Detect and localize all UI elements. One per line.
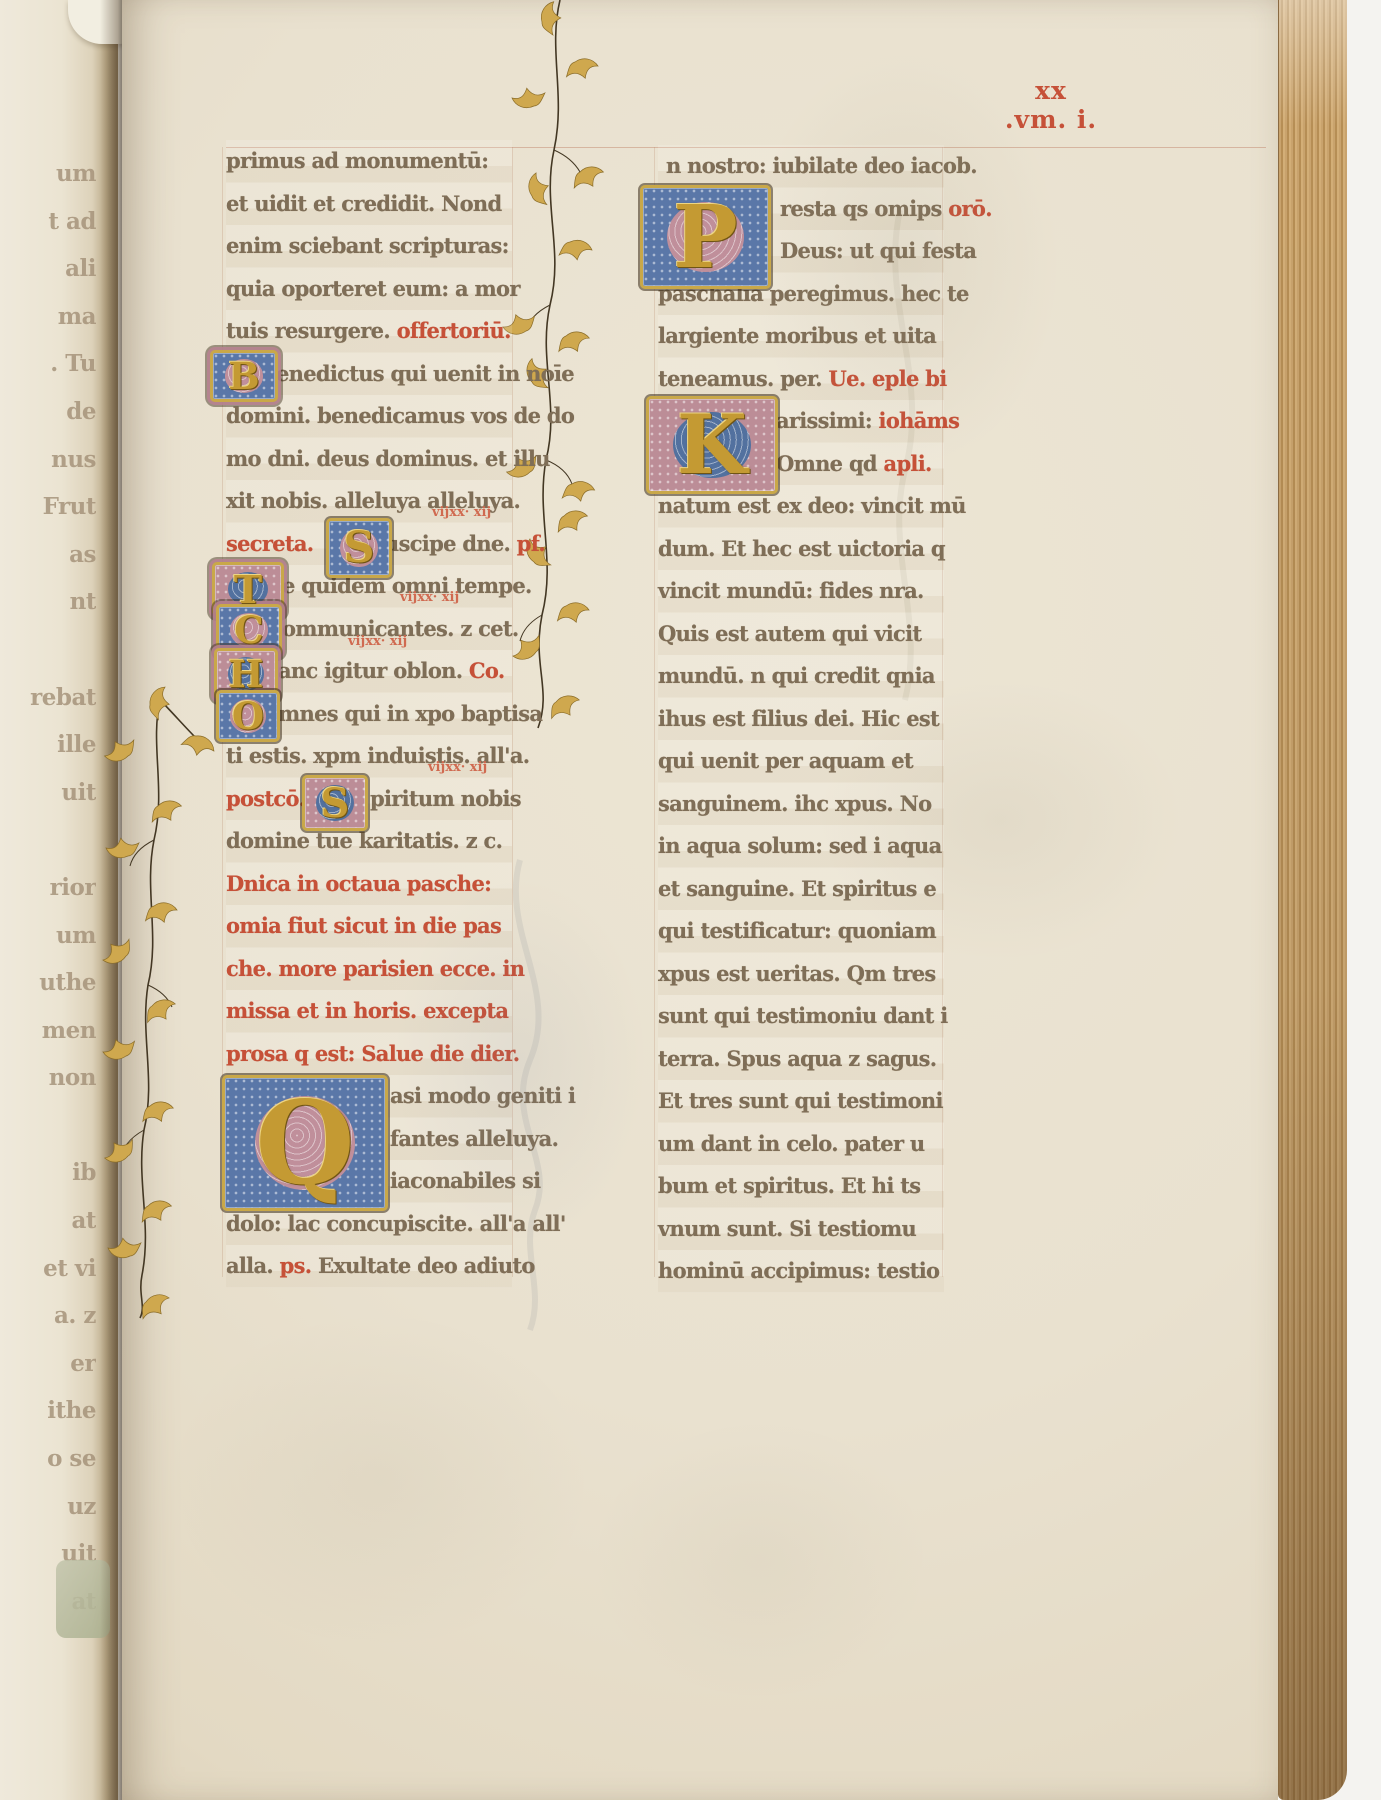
- text-line: et uidit et credidit. Nond: [226, 183, 512, 226]
- text-segment: domini. benedicamus vos de do: [226, 403, 574, 428]
- initial-letter: T: [234, 567, 262, 612]
- illuminated-initial-K: K: [646, 396, 778, 494]
- text-segment: largiente moribus et uita: [658, 323, 936, 348]
- facing-page-text-fragment: [0, 626, 96, 674]
- text-line: qui testificatur: quoniam: [658, 910, 944, 953]
- text-line: primus ad monumentū:: [226, 140, 512, 183]
- text-segment: enim sciebant scripturas:: [226, 233, 509, 258]
- facing-page-text-fragment: nt: [0, 578, 96, 626]
- text-segment: missa et in horis. excepta: [226, 998, 508, 1023]
- text-segment: tuis resurgere.: [226, 318, 397, 343]
- initial-letter: B: [228, 354, 259, 398]
- facing-page-text-fragment: Frut: [0, 483, 96, 531]
- facing-page-text-fragment: non: [0, 1054, 96, 1102]
- superscript-leaf-reference: vijxx· xij: [428, 760, 487, 775]
- text-segment: enedictus qui uenit in noīe: [276, 361, 574, 386]
- text-line: missa et in horis. excepta: [226, 990, 512, 1033]
- text-segment: alla.: [226, 1253, 280, 1278]
- text-segment: omia fiut sicut in die pas: [226, 913, 501, 938]
- text-segment: secreta.: [226, 531, 320, 556]
- facing-page-text-fragment: de: [0, 388, 96, 436]
- text-segment: quia oporteret eum: a mor: [226, 276, 520, 301]
- text-segment: arissimi:: [776, 408, 879, 433]
- illuminated-initial-S: S: [326, 518, 392, 578]
- illuminated-initial-P: P: [640, 185, 771, 289]
- facing-page-text-fragment: at: [0, 1197, 96, 1245]
- text-line: enim sciebant scripturas:: [226, 225, 512, 268]
- text-segment: uscipe dne.: [384, 531, 517, 556]
- text-segment: Exultate deo adiuto: [318, 1253, 535, 1278]
- text-line: sunt qui testimoniu dant i: [658, 995, 944, 1038]
- text-segment: teneamus. per.: [658, 366, 829, 391]
- facing-page-text-fragment: rior: [0, 864, 96, 912]
- facing-page-text-fragment: ithe: [0, 1387, 96, 1435]
- text-segment: et sanguine. Et spiritus e: [658, 876, 936, 901]
- text-line: Dnica in octaua pasche:: [226, 863, 512, 906]
- text-line: bum et spiritus. Et hi ts: [658, 1165, 944, 1208]
- manuscript-photo: umt adalima. TudenusFrutasntrebatilleuit…: [0, 0, 1381, 1800]
- text-segment: mo dni. deus dominus. et illu: [226, 446, 550, 471]
- text-segment: domine tue karitatis. z c.: [226, 828, 502, 853]
- text-segment: primus ad monumentū:: [226, 148, 488, 173]
- facing-page-text-fragment: a. z: [0, 1292, 96, 1340]
- superscript-leaf-reference: vijxx· xij: [432, 505, 491, 520]
- text-segment: pf.: [517, 531, 545, 556]
- text-line: postcō. piritum nobis: [226, 778, 512, 821]
- facing-page-text-fragment: t ad: [0, 198, 96, 246]
- text-segment: anc igitur oblon.: [278, 658, 469, 683]
- text-segment: offertoriū.: [397, 318, 511, 343]
- facing-page-text-fragment: as: [0, 531, 96, 579]
- text-line: teneamus. per. Ue. eple bi: [658, 358, 944, 401]
- facing-page-text-fragment: [0, 816, 96, 864]
- initial-letter: C: [234, 608, 263, 652]
- text-segment: ihus est filius dei. Hic est: [658, 706, 939, 731]
- text-segment: iohāms: [879, 408, 960, 433]
- text-line: ihus est filius dei. Hic est: [658, 698, 944, 741]
- text-segment: vincit mundū: fides nra.: [658, 578, 924, 603]
- facing-page-text-fragment: ali: [0, 245, 96, 293]
- text-segment: sanguinem. ihc xpus. No: [658, 791, 931, 816]
- text-segment: che. more parisien ecce. in: [226, 956, 524, 981]
- text-segment: dolo: lac concupiscite. all'a all': [226, 1211, 566, 1236]
- initial-letter: K: [677, 398, 747, 493]
- facing-page-text-fragment: o se: [0, 1435, 96, 1483]
- text-segment: n nostro: iubilate deo iacob.: [666, 153, 977, 178]
- illuminated-initial-B: B: [210, 350, 278, 402]
- initial-letter: O: [232, 694, 264, 738]
- illuminated-initial-S: S: [302, 775, 368, 831]
- text-segment: um dant in celo. pater u: [658, 1131, 925, 1156]
- text-segment: qui uenit per aquam et: [658, 748, 913, 773]
- text-segment: prosa q est: Salue die dier.: [226, 1041, 519, 1066]
- text-line: alla. ps. Exultate deo adiuto: [226, 1245, 512, 1288]
- facing-page-text-fragment: rebat: [0, 674, 96, 722]
- facing-page-text-fragment: uit: [0, 769, 96, 817]
- text-line: domine tue karitatis. z c.: [226, 820, 512, 863]
- facing-page-text-fragment: ma: [0, 293, 96, 341]
- text-segment: ps.: [280, 1253, 318, 1278]
- text-column-right: n nostro: iubilate deo iacob.resta qs om…: [658, 145, 944, 1293]
- text-segment: orō.: [948, 196, 992, 221]
- folio-number-bottom: .vm. i.: [992, 105, 1110, 134]
- text-line: xpus est ueritas. Qm tres: [658, 953, 944, 996]
- ruling-line-col2-left: [654, 147, 655, 1277]
- text-segment: resta qs omips: [780, 196, 948, 221]
- initial-letter: P: [673, 187, 738, 288]
- text-line: largiente moribus et uita: [658, 315, 944, 358]
- facing-page-text-fragment: um: [0, 912, 96, 960]
- text-segment: et uidit et credidit. Nond: [226, 191, 501, 216]
- text-line: terra. Spus aqua z sagus.: [658, 1038, 944, 1081]
- facing-page-text-fragment: um: [0, 150, 96, 198]
- facing-page-text-fragment: er: [0, 1340, 96, 1388]
- initial-letter: H: [229, 652, 264, 696]
- text-line: Quis est autem qui vicit: [658, 613, 944, 656]
- text-segment: bum et spiritus. Et hi ts: [658, 1173, 920, 1198]
- text-segment: sunt qui testimoniu dant i: [658, 1003, 948, 1028]
- text-segment: apli.: [884, 451, 932, 476]
- text-segment: in aqua solum: sed i aqua: [658, 833, 942, 858]
- text-segment: natum est ex deo: vincit mū: [658, 493, 966, 518]
- facing-page-text-fragment: ib: [0, 1149, 96, 1197]
- superscript-leaf-reference: vijxx· xij: [348, 634, 407, 649]
- initial-letter: Q: [255, 1076, 354, 1210]
- text-segment: piritum nobis: [370, 786, 521, 811]
- text-line: omia fiut sicut in die pas: [226, 905, 512, 948]
- text-line: vnum sunt. Si testiomu: [658, 1208, 944, 1251]
- text-segment: Co.: [469, 658, 505, 683]
- facing-page-text-fragment: men: [0, 1007, 96, 1055]
- text-segment: vnum sunt. Si testiomu: [658, 1216, 916, 1241]
- text-segment: iaconabiles si: [390, 1168, 540, 1193]
- facing-page-text-fragments: umt adalima. TudenusFrutasntrebatilleuit…: [0, 150, 106, 1625]
- text-line: qui uenit per aquam et: [658, 740, 944, 783]
- text-line: tuis resurgere. offertoriū.: [226, 310, 512, 353]
- text-line: hominū accipimus: testio: [658, 1250, 944, 1293]
- folio-number: xx .vm. i.: [992, 76, 1110, 134]
- folio-number-top: xx: [992, 76, 1110, 105]
- text-segment: qui testificatur: quoniam: [658, 918, 936, 943]
- facing-page-text-fragment: uthe: [0, 959, 96, 1007]
- text-line: mundū. n qui credit qnia: [658, 655, 944, 698]
- text-segment: Et tres sunt qui testimoni: [658, 1088, 943, 1113]
- book-fore-edge: [1278, 0, 1347, 1800]
- text-line: et sanguine. Et spiritus e: [658, 868, 944, 911]
- facing-page-text-fragment: nus: [0, 436, 96, 484]
- text-segment: mnes qui in xpo baptisa: [278, 701, 542, 726]
- facing-page-text-fragment: et vi: [0, 1245, 96, 1293]
- facing-page-text-fragment: ille: [0, 721, 96, 769]
- facing-page-text-fragment: . Tu: [0, 340, 96, 388]
- superscript-leaf-reference: vijxx· xij: [400, 590, 459, 605]
- facing-page-text-fragment: [0, 1102, 96, 1150]
- text-segment: Ue. eple bi: [829, 366, 947, 391]
- text-line: sanguinem. ihc xpus. No: [658, 783, 944, 826]
- text-segment: xpus est ueritas. Qm tres: [658, 961, 936, 986]
- text-segment: Omne qd: [776, 451, 884, 476]
- text-segment: asi modo geniti i: [390, 1083, 575, 1108]
- facing-page-text-fragment: uz: [0, 1483, 96, 1531]
- text-line: che. more parisien ecce. in: [226, 948, 512, 991]
- text-line: mo dni. deus dominus. et illu: [226, 438, 512, 481]
- text-line: prosa q est: Salue die dier.: [226, 1033, 512, 1076]
- text-segment: dum. Et hec est uictoria q: [658, 536, 945, 561]
- text-line: quia oporteret eum: a mor: [226, 268, 512, 311]
- text-line: um dant in celo. pater u: [658, 1123, 944, 1166]
- initial-letter: S: [321, 780, 350, 827]
- text-segment: fantes alleluya.: [390, 1126, 558, 1151]
- text-segment: Quis est autem qui vicit: [658, 621, 921, 646]
- text-line: in aqua solum: sed i aqua: [658, 825, 944, 868]
- text-segment: hominū accipimus: testio: [658, 1258, 939, 1283]
- text-segment: Dnica in octaua pasche:: [226, 871, 491, 896]
- text-line: Et tres sunt qui testimoni: [658, 1080, 944, 1123]
- text-segment: postcō.: [226, 786, 312, 811]
- text-line: n nostro: iubilate deo iacob.: [658, 145, 944, 188]
- illuminated-initial-Q: Q: [222, 1075, 388, 1211]
- text-segment: Deus: ut qui festa: [780, 238, 976, 263]
- illuminated-initial-O: O: [216, 690, 280, 742]
- text-line: dum. Et hec est uictoria q: [658, 528, 944, 571]
- initial-letter: S: [343, 523, 374, 573]
- text-line: vincit mundū: fides nra.: [658, 570, 944, 613]
- text-segment: terra. Spus aqua z sagus.: [658, 1046, 936, 1071]
- text-segment: mundū. n qui credit qnia: [658, 663, 935, 688]
